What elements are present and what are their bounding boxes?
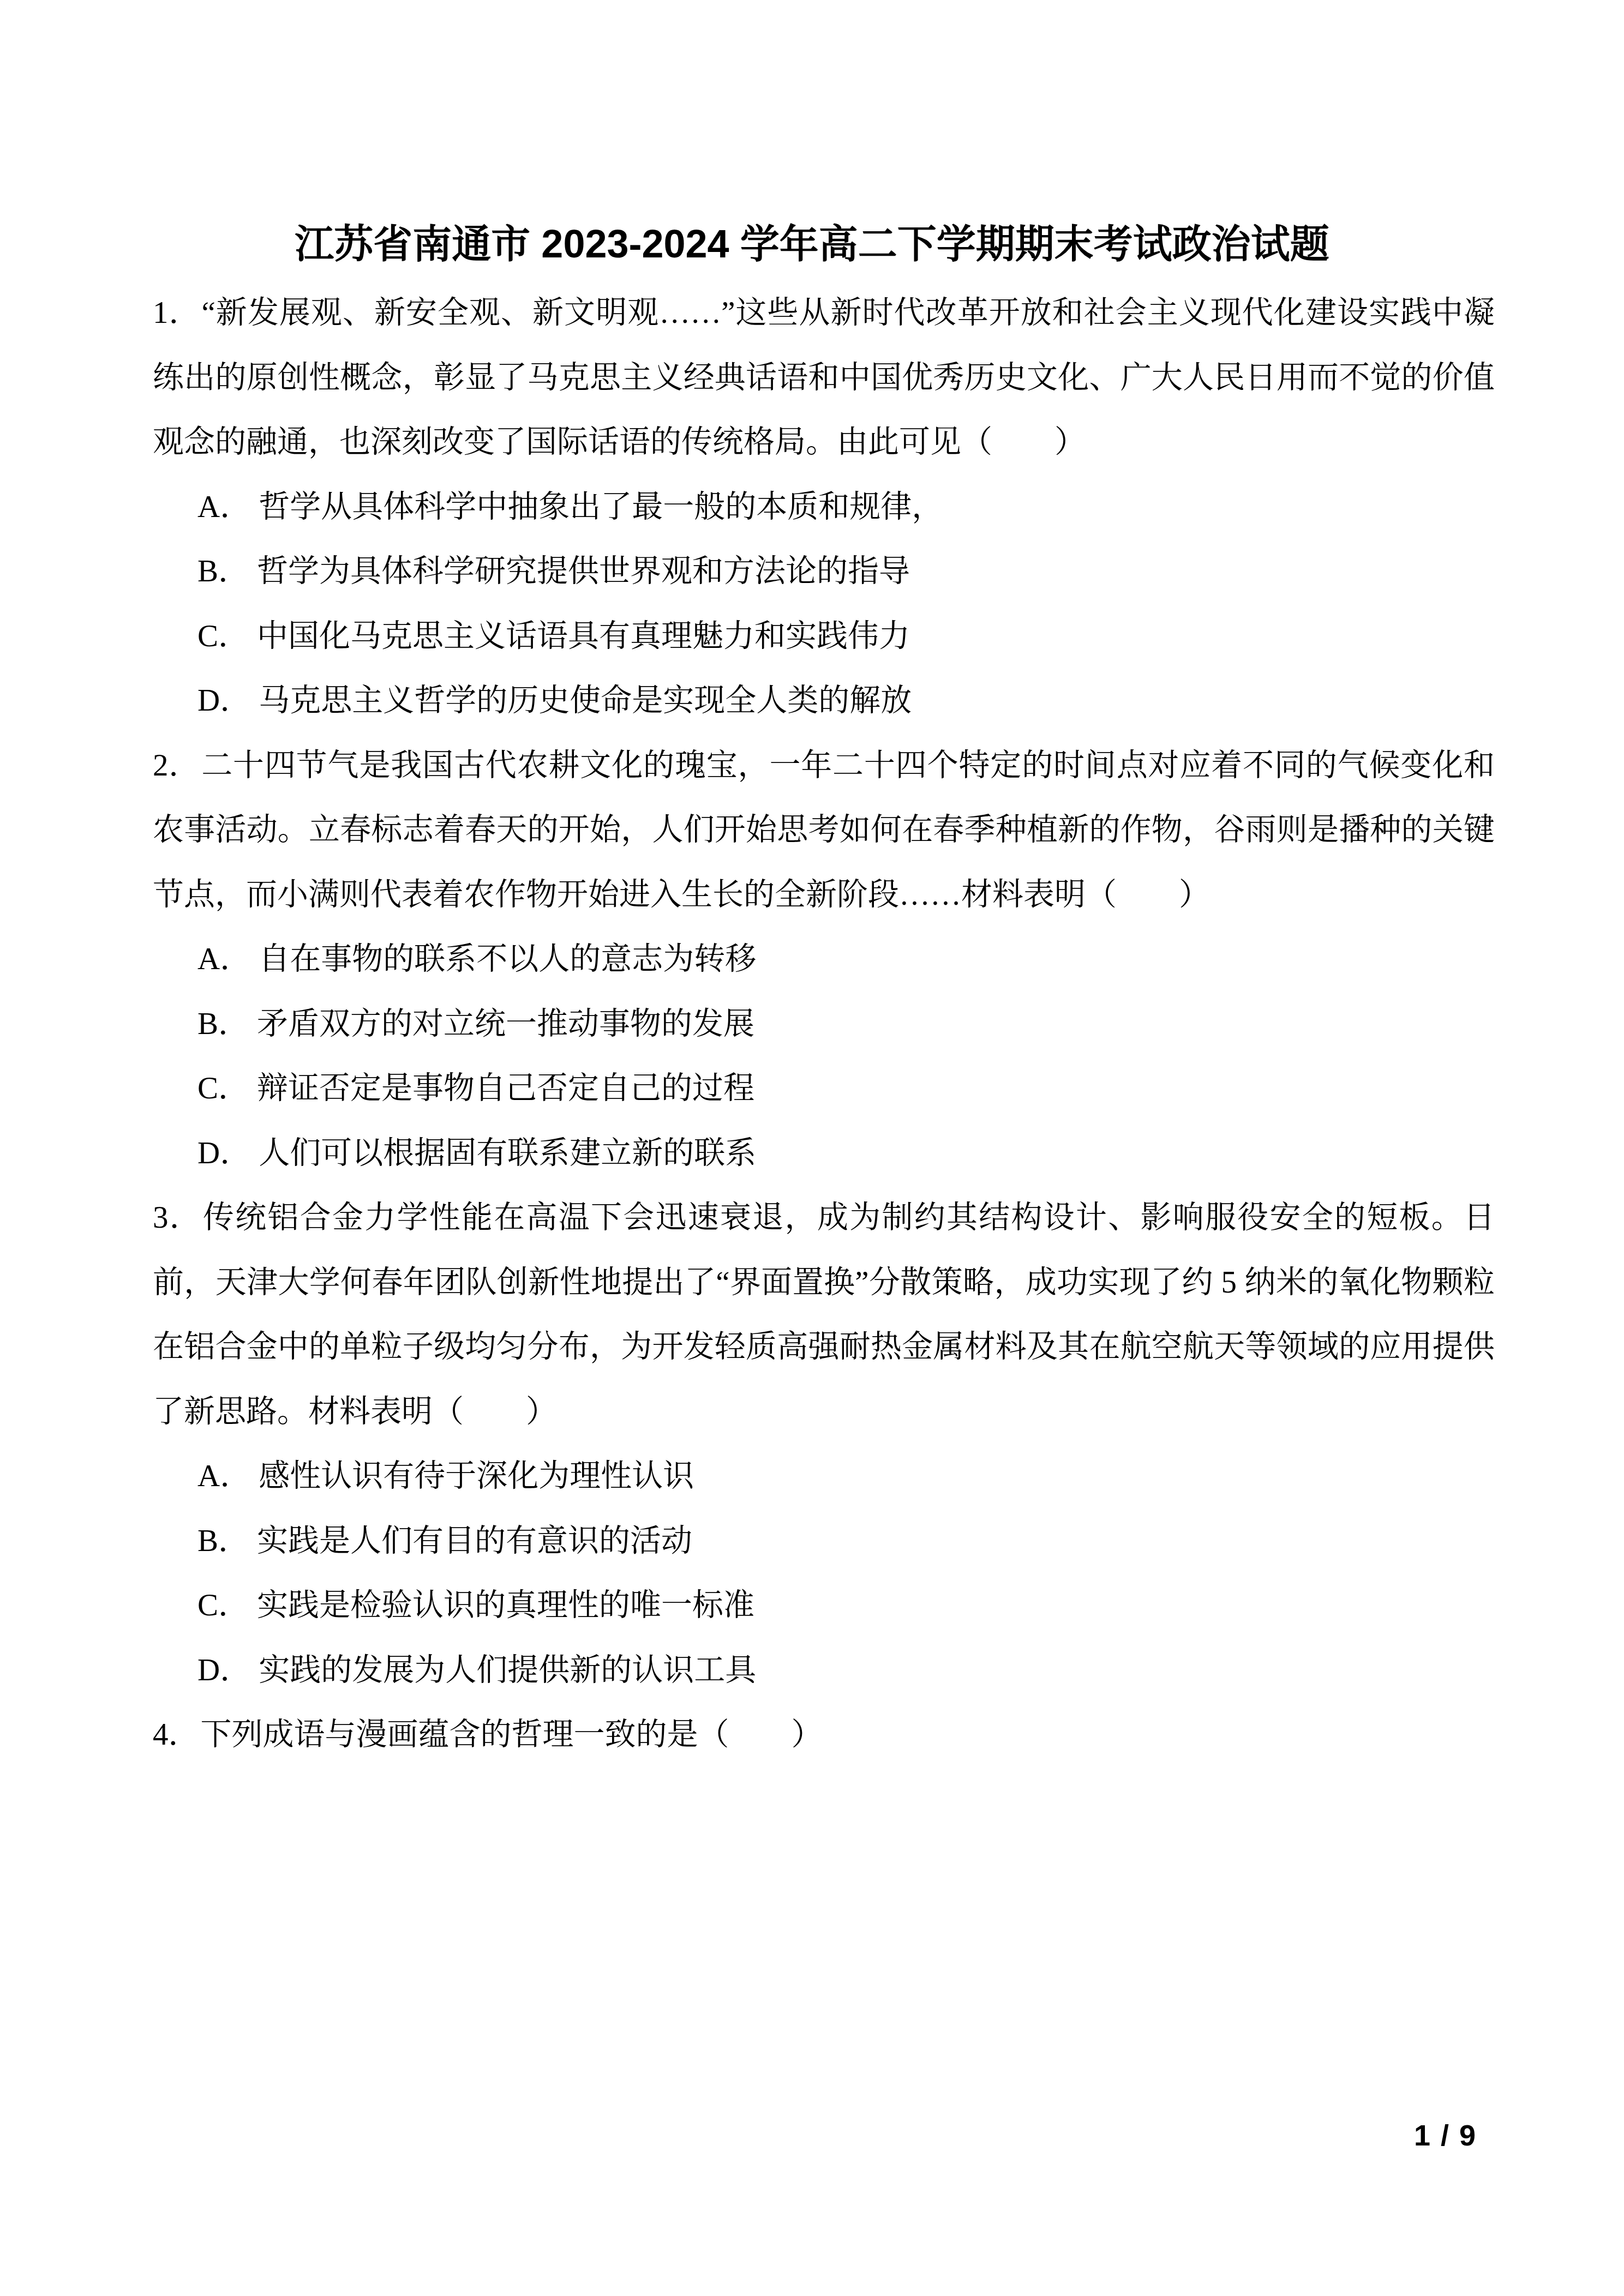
option-label: B．: [197, 1007, 249, 1041]
option-text: 自在事物的联系不以人的意志为转移: [259, 942, 756, 976]
option-label: A．: [197, 1459, 251, 1493]
option-text: 辩证否定是事物自己否定自己的过程: [257, 1071, 754, 1105]
question-1-option-d: D．马克思主义哲学的历史使命是实现全人类的解放: [153, 669, 1495, 734]
question-2-number: 2．: [153, 748, 200, 783]
question-2-stem-text: 二十四节气是我国古代农耕文化的瑰宝，一年二十四个特定的时间点对应着不同的气候变化…: [153, 748, 1495, 912]
question-1: 1．“新发展观、新安全观、新文明观……”这些从新时代改革开放和社会主义现代化建设…: [153, 281, 1495, 734]
question-2: 2．二十四节气是我国古代农耕文化的瑰宝，一年二十四个特定的时间点对应着不同的气候…: [153, 734, 1495, 1186]
question-1-option-a: A．哲学从具体科学中抽象出了最一般的本质和规律，: [153, 475, 1495, 540]
question-2-option-c: C．辩证否定是事物自己否定自己的过程: [153, 1056, 1495, 1121]
option-text: 马克思主义哲学的历史使命是实现全人类的解放: [259, 683, 912, 718]
page-number-indicator: 1 / 9: [1414, 2119, 1477, 2152]
question-2-option-a: A．自在事物的联系不以人的意志为转移: [153, 927, 1495, 992]
option-label: B．: [197, 554, 249, 588]
question-list: 1．“新发展观、新安全观、新文明观……”这些从新时代改革开放和社会主义现代化建设…: [153, 281, 1495, 1768]
question-1-stem-text: “新发展观、新安全观、新文明观……”这些从新时代改革开放和社会主义现代化建设实践…: [153, 296, 1495, 459]
question-1-stem: 1．“新发展观、新安全观、新文明观……”这些从新时代改革开放和社会主义现代化建设…: [153, 281, 1495, 475]
option-text: 哲学从具体科学中抽象出了最一般的本质和规律，: [259, 490, 943, 524]
question-3-stem-text: 传统铝合金力学性能在高温下会迅速衰退，成为制约其结构设计、影响服役安全的短板。日…: [153, 1200, 1495, 1429]
question-2-option-b: B．矛盾双方的对立统一推动事物的发展: [153, 992, 1495, 1057]
page-title: 江苏省南通市 2023-2024 学年高二下学期期末考试政治试题: [0, 217, 1624, 272]
option-text: 实践是检验认识的真理性的唯一标准: [257, 1588, 754, 1622]
question-3-number: 3．: [153, 1200, 202, 1235]
question-3: 3．传统铝合金力学性能在高温下会迅速衰退，成为制约其结构设计、影响服役安全的短板…: [153, 1186, 1495, 1703]
question-3-option-c: C．实践是检验认识的真理性的唯一标准: [153, 1573, 1495, 1638]
option-label: B．: [197, 1524, 249, 1558]
option-text: 矛盾双方的对立统一推动事物的发展: [257, 1007, 754, 1041]
question-4-stem-text: 下列成语与漫画蕴含的哲理一致的是（ ）: [201, 1717, 823, 1752]
question-4-number: 4．: [153, 1717, 200, 1752]
option-label: D．: [197, 683, 251, 718]
question-1-option-b: B．哲学为具体科学研究提供世界观和方法论的指导: [153, 539, 1495, 604]
option-label: A．: [197, 490, 251, 524]
question-4: 4．下列成语与漫画蕴含的哲理一致的是（ ）: [153, 1703, 1495, 1768]
option-label: C．: [197, 1588, 249, 1622]
option-label: C．: [197, 619, 249, 653]
option-label: C．: [197, 1071, 249, 1105]
option-text: 实践的发展为人们提供新的认识工具: [259, 1653, 756, 1687]
option-text: 人们可以根据固有联系建立新的联系: [259, 1136, 756, 1170]
question-3-stem: 3．传统铝合金力学性能在高温下会迅速衰退，成为制约其结构设计、影响服役安全的短板…: [153, 1186, 1495, 1444]
question-3-option-b: B．实践是人们有目的有意识的活动: [153, 1509, 1495, 1574]
question-1-number: 1．: [153, 296, 201, 330]
question-2-stem: 2．二十四节气是我国古代农耕文化的瑰宝，一年二十四个特定的时间点对应着不同的气候…: [153, 734, 1495, 928]
option-text: 中国化马克思主义话语具有真理魅力和实践伟力: [257, 619, 910, 653]
option-text: 感性认识有待于深化为理性认识: [259, 1459, 694, 1493]
option-text: 哲学为具体科学研究提供世界观和方法论的指导: [257, 554, 910, 588]
question-3-option-d: D．实践的发展为人们提供新的认识工具: [153, 1638, 1495, 1703]
question-4-stem: 4．下列成语与漫画蕴含的哲理一致的是（ ）: [153, 1703, 1495, 1768]
question-2-option-d: D．人们可以根据固有联系建立新的联系: [153, 1121, 1495, 1186]
option-label: A．: [197, 942, 251, 976]
question-1-option-c: C．中国化马克思主义话语具有真理魅力和实践伟力: [153, 604, 1495, 669]
option-label: D．: [197, 1136, 251, 1170]
option-label: D．: [197, 1653, 251, 1687]
question-3-option-a: A．感性认识有待于深化为理性认识: [153, 1444, 1495, 1509]
option-text: 实践是人们有目的有意识的活动: [257, 1524, 692, 1558]
